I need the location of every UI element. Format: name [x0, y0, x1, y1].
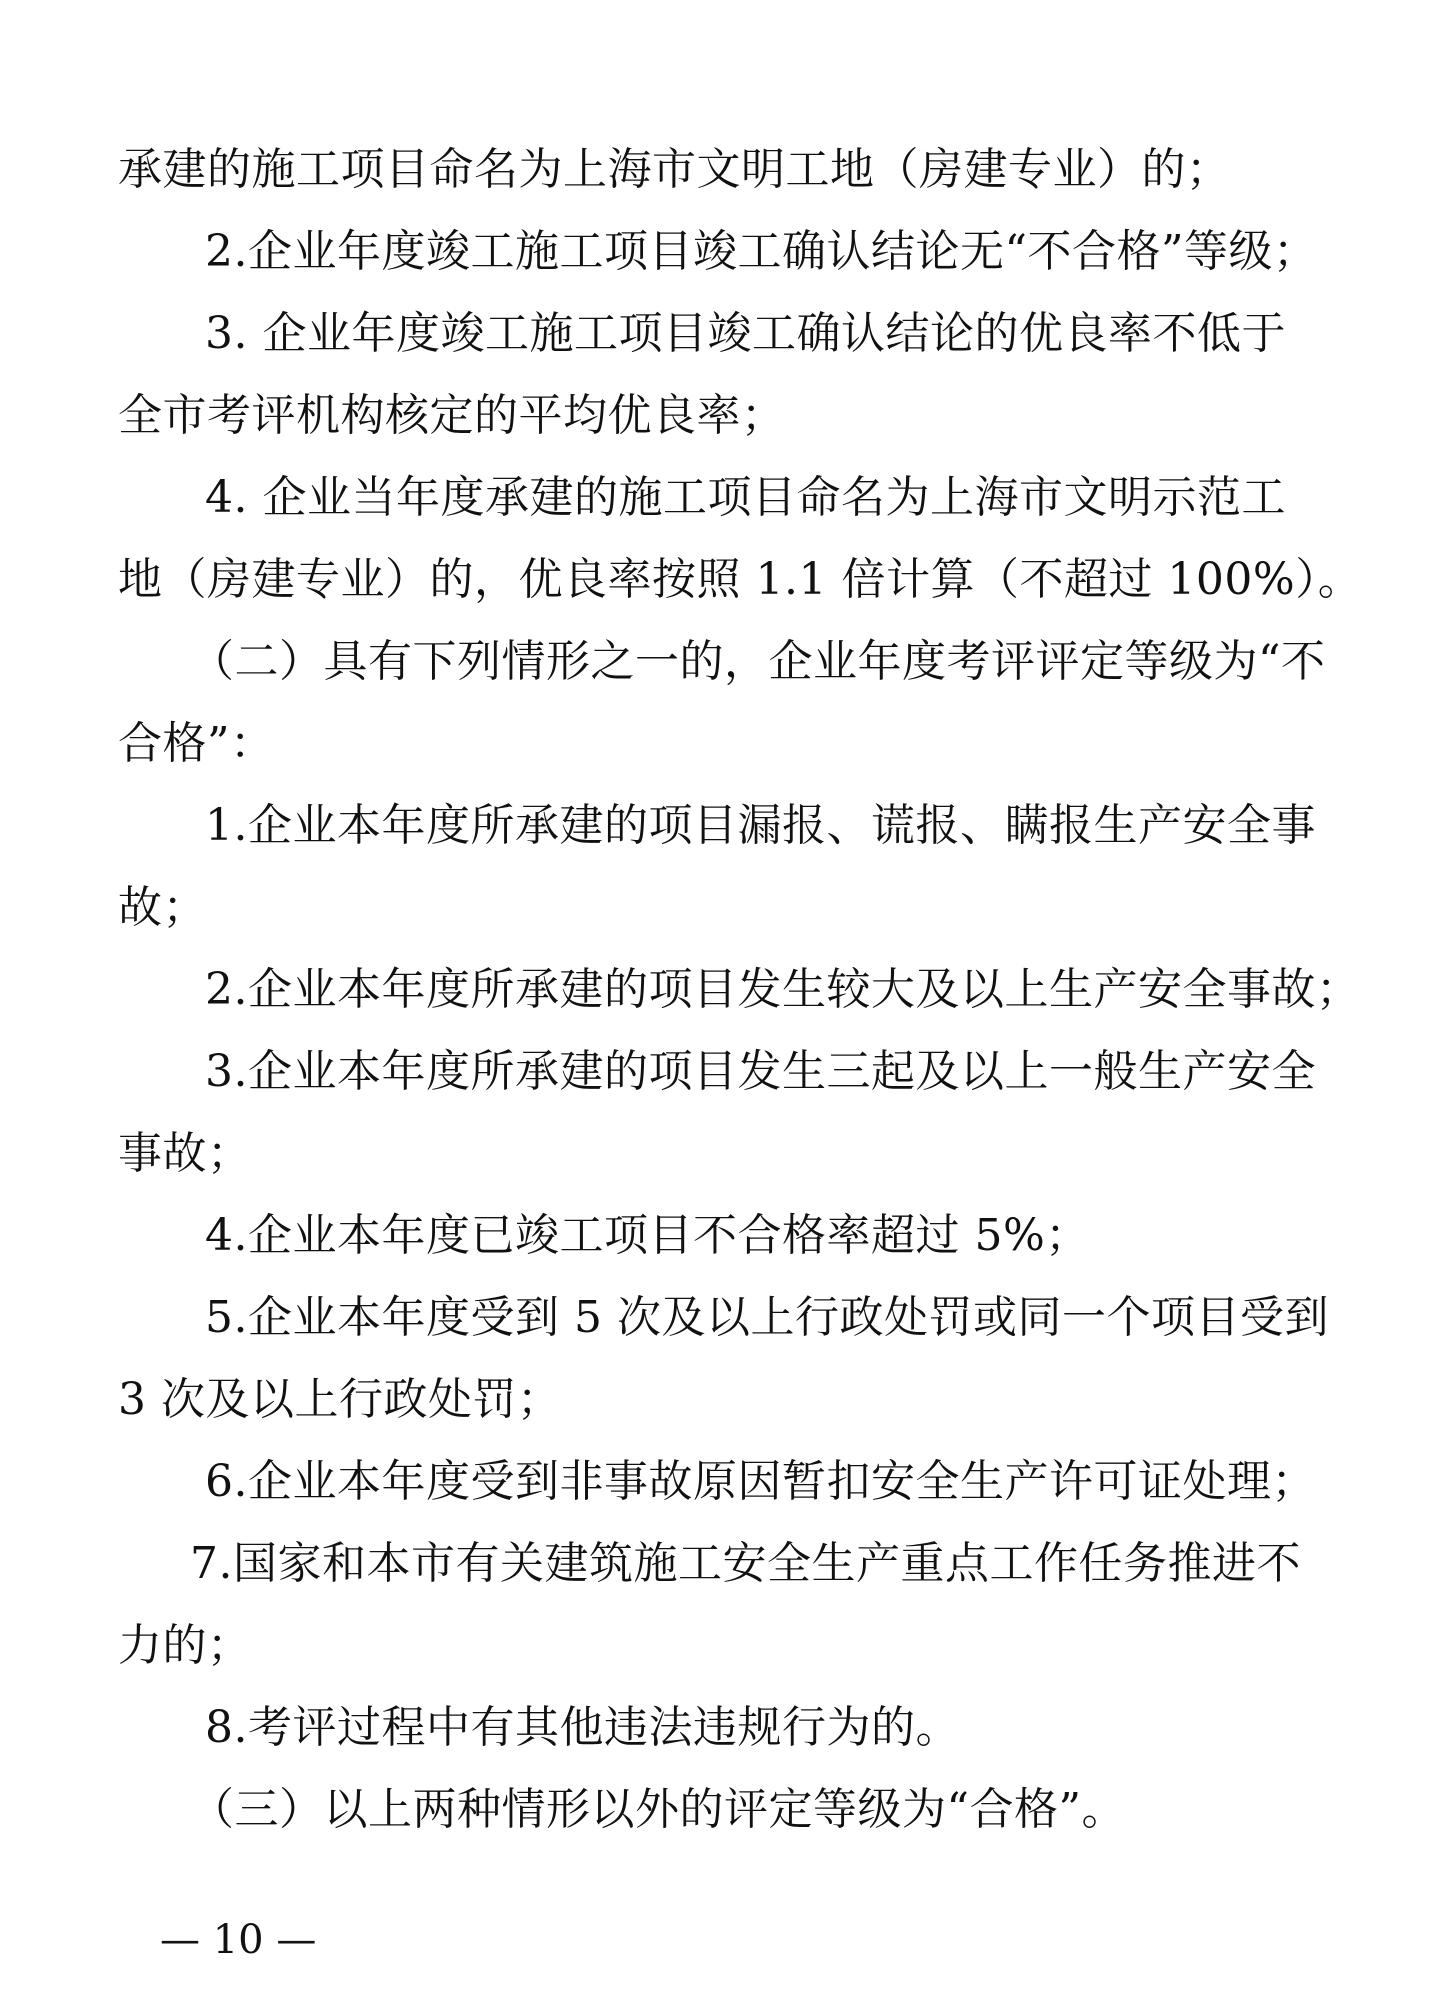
paragraph-line: 全市考评机构核定的平均优良率；	[118, 386, 1338, 446]
paragraph-line: 承建的施工项目命名为上海市文明工地（房建专业）的；	[118, 140, 1338, 200]
failure-item-4: 4.企业本年度已竣工项目不合格率超过 5%；	[205, 1206, 1425, 1266]
paragraph-line: 合格”：	[118, 714, 1338, 774]
failure-item-1: 1.企业本年度所承建的项目漏报、谎报、瞒报生产安全事	[205, 796, 1425, 856]
paragraph-line: 事故；	[118, 1124, 1338, 1184]
page-number: — 10 —	[160, 1912, 316, 1968]
section-3-heading: （三）以上两种情形以外的评定等级为“合格”。	[190, 1780, 1410, 1840]
section-2-heading: （二）具有下列情形之一的，企业年度考评评定等级为“不	[190, 632, 1410, 692]
criterion-2-line: 2.企业年度竣工施工项目竣工确认结论无“不合格”等级；	[205, 222, 1425, 282]
paragraph-line: 地（房建专业）的，优良率按照 1.1 倍计算（不超过 100%）。	[118, 550, 1338, 610]
failure-item-2: 2.企业本年度所承建的项目发生较大及以上生产安全事故；	[205, 960, 1425, 1020]
failure-item-3: 3.企业本年度所承建的项目发生三起及以上一般生产安全	[205, 1042, 1425, 1102]
failure-item-5: 5.企业本年度受到 5 次及以上行政处罚或同一个项目受到	[205, 1288, 1425, 1348]
paragraph-line: 力的；	[118, 1616, 1338, 1676]
failure-item-6: 6.企业本年度受到非事故原因暂扣安全生产许可证处理；	[205, 1452, 1425, 1512]
paragraph-line: 故；	[118, 878, 1338, 938]
failure-item-7: 7.国家和本市有关建筑施工安全生产重点工作任务推进不	[190, 1534, 1410, 1594]
criterion-4-line: 4. 企业当年度承建的施工项目命名为上海市文明示范工	[205, 468, 1425, 528]
paragraph-line: 3 次及以上行政处罚；	[118, 1370, 1338, 1430]
failure-item-8: 8.考评过程中有其他违法违规行为的。	[205, 1698, 1425, 1758]
document-page: 承建的施工项目命名为上海市文明工地（房建专业）的； 2.企业年度竣工施工项目竣工…	[0, 0, 1450, 2000]
criterion-3-line: 3. 企业年度竣工施工项目竣工确认结论的优良率不低于	[205, 304, 1425, 364]
